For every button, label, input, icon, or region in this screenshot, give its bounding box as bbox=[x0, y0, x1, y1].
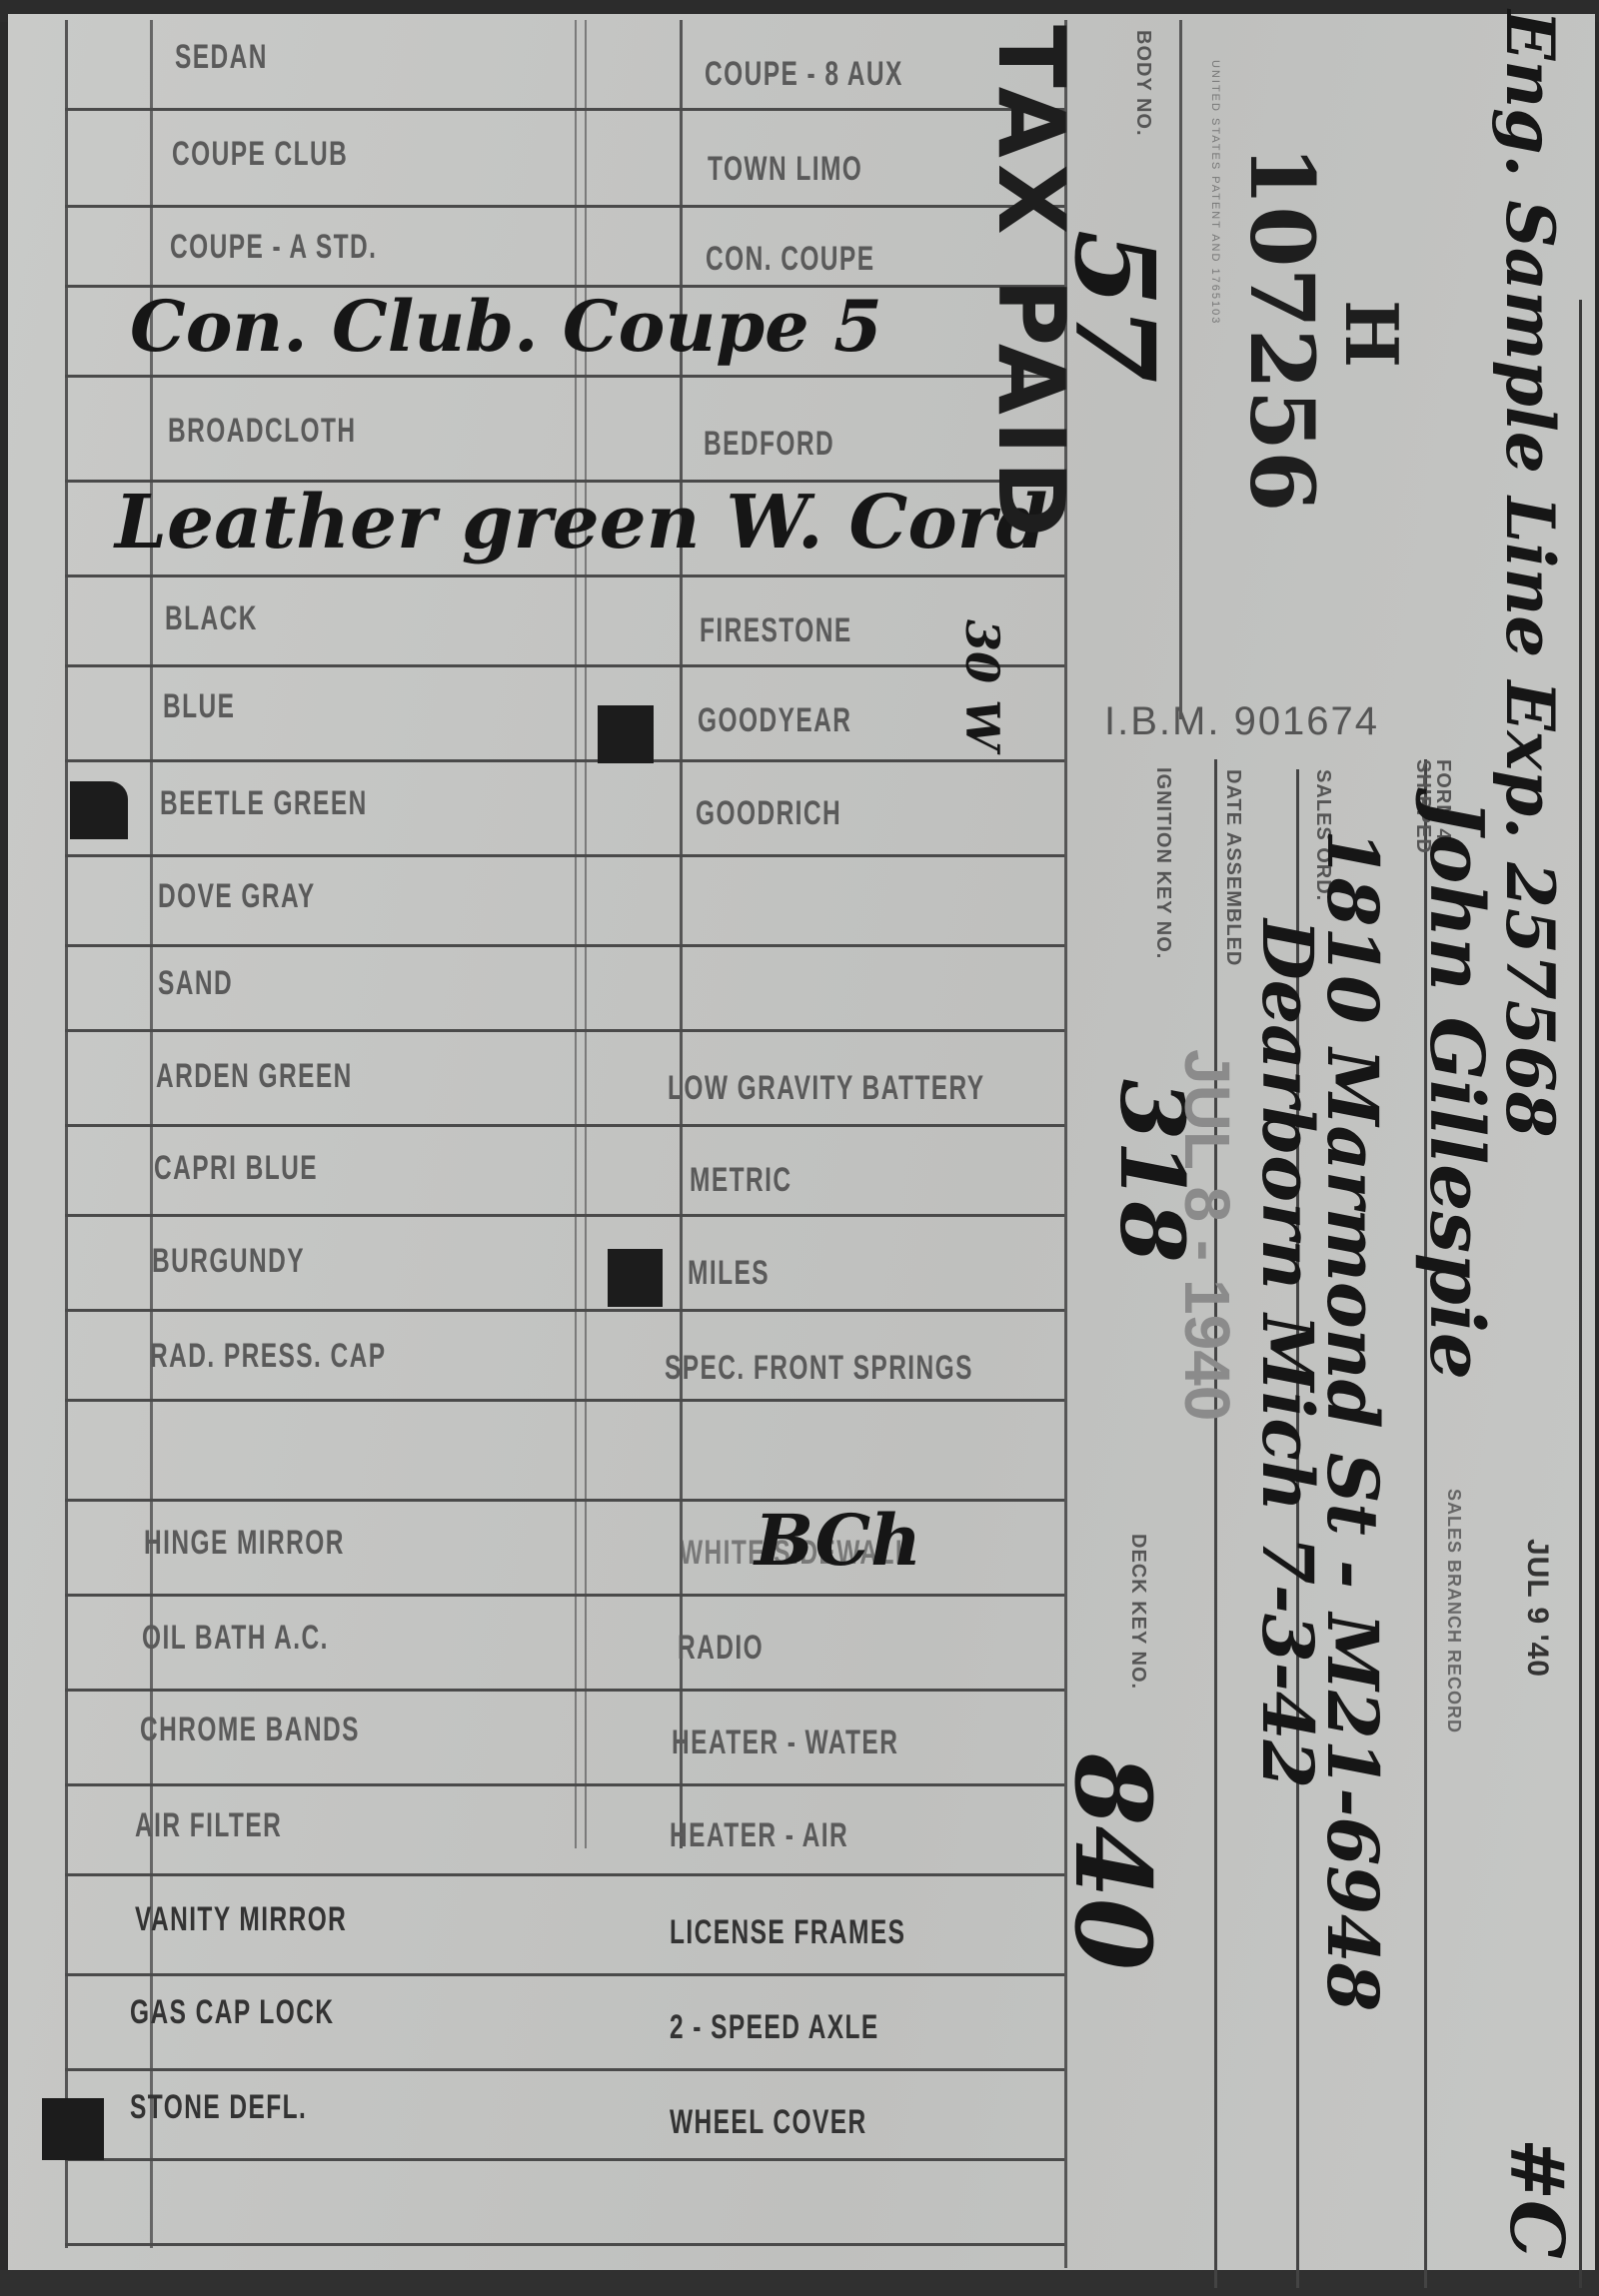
option-stone-defl: STONE DEFL. bbox=[130, 2088, 307, 2127]
option-arden-green: ARDEN GREEN bbox=[156, 1057, 353, 1096]
option-goodyear: GOODYEAR bbox=[698, 701, 851, 740]
patent-text: UNITED STATES PATENT AND 1765103 bbox=[1209, 60, 1221, 325]
option-heater-air: HEATER - AIR bbox=[670, 1816, 848, 1855]
option-chrome-bands: CHROME BANDS bbox=[140, 1711, 360, 1749]
option-gas-cap-lock: GAS CAP LOCK bbox=[130, 1993, 335, 2032]
serial-number: 107256 bbox=[1230, 145, 1334, 512]
option-spec-front-springs: SPEC. FRONT SPRINGS bbox=[665, 1349, 973, 1388]
option-2-speed-axle: 2 - SPEED AXLE bbox=[670, 2008, 879, 2047]
option-rad-press-cap: RAD. PRESS. CAP bbox=[150, 1337, 387, 1376]
row-line bbox=[65, 1029, 1064, 1032]
table-left-border bbox=[65, 20, 68, 2248]
date-assembled-value: JUL 8 - 1940 bbox=[1170, 1049, 1244, 1421]
option-vanity-mirror: VANITY MIRROR bbox=[135, 1900, 347, 1939]
key-column-divider bbox=[1214, 759, 1217, 2288]
option-wheel-cover: WHEEL COVER bbox=[670, 2103, 867, 2142]
check-mark-goodyear bbox=[598, 705, 654, 763]
shipped-date-stamp: JUL 9 '40 bbox=[1520, 1539, 1554, 1678]
row-line bbox=[65, 854, 1064, 857]
handwritten-body-style: Con. Club. Coupe 5 bbox=[130, 285, 882, 368]
ignition-key-label: IGNITION KEY NO. bbox=[1151, 767, 1174, 959]
white-sidewall-initials: BCh bbox=[755, 1499, 921, 1582]
option-oil-bath-ac: OIL BATH A.C. bbox=[142, 1619, 329, 1658]
row-line bbox=[65, 2158, 1064, 2161]
row-line bbox=[65, 375, 1064, 378]
option-radio: RADIO bbox=[678, 1629, 764, 1668]
option-beetle-green: BEETLE GREEN bbox=[160, 784, 368, 823]
option-goodrich: GOODRICH bbox=[696, 794, 841, 833]
option-coupe-8-aux: COUPE - 8 AUX bbox=[705, 55, 903, 94]
row-line bbox=[65, 1594, 1064, 1597]
option-capri-blue: CAPRI BLUE bbox=[154, 1149, 318, 1188]
row-line bbox=[65, 1783, 1064, 1786]
option-sedan: SEDAN bbox=[175, 38, 268, 77]
option-low-gravity-battery: LOW GRAVITY BATTERY bbox=[668, 1069, 984, 1108]
top-handwritten-note: Eng. Sample Line Exp. 257568 bbox=[1491, 10, 1569, 1138]
shipped-to-value: John Gillespie bbox=[1413, 799, 1499, 1380]
corner-mark: #C bbox=[1493, 2138, 1579, 2259]
row-line bbox=[65, 759, 1064, 762]
option-metric: METRIC bbox=[690, 1161, 792, 1200]
check-mark-stone-defl bbox=[42, 2098, 104, 2160]
check-mark-miles bbox=[608, 1249, 663, 1307]
row-line bbox=[65, 2243, 1064, 2246]
option-black: BLACK bbox=[165, 599, 258, 638]
option-coupe-club: COUPE CLUB bbox=[172, 135, 348, 174]
row-line bbox=[65, 1214, 1064, 1217]
date-assembled-label: DATE ASSEMBLED bbox=[1221, 769, 1244, 966]
row-line bbox=[65, 574, 1064, 577]
option-broadcloth: BROADCLOTH bbox=[168, 412, 356, 451]
row-line bbox=[65, 664, 1064, 667]
option-bedford: BEDFORD bbox=[704, 425, 834, 464]
row-line bbox=[65, 1689, 1064, 1692]
option-firestone: FIRESTONE bbox=[700, 611, 852, 650]
row-line bbox=[65, 2068, 1064, 2071]
option-burgundy: BURGUNDY bbox=[152, 1242, 305, 1281]
row-line bbox=[65, 205, 1064, 208]
deck-key-label: DECK KEY NO. bbox=[1126, 1534, 1149, 1690]
option-hinge-mirror: HINGE MIRROR bbox=[144, 1524, 345, 1563]
row-line bbox=[65, 1309, 1064, 1312]
deck-key-value: 840 bbox=[1051, 1753, 1174, 1970]
ibm-number: I.B.M. 901674 bbox=[1104, 699, 1379, 744]
option-license-frames: LICENSE FRAMES bbox=[670, 1913, 905, 1952]
row-line bbox=[65, 108, 1064, 111]
row-line bbox=[65, 1399, 1064, 1402]
option-heater-water: HEATER - WATER bbox=[672, 1723, 898, 1762]
option-air-filter: AIR FILTER bbox=[135, 1806, 282, 1845]
row-line bbox=[65, 944, 1064, 947]
option-coupe-a-std: COUPE - A STD. bbox=[170, 228, 377, 267]
body-no-label: BODY NO. bbox=[1131, 30, 1154, 137]
card-right-edge bbox=[1579, 300, 1582, 2288]
check-mark-beetle-green bbox=[70, 781, 128, 839]
dearborn-address-line: Dearborn Mich 7-3-42 bbox=[1246, 919, 1329, 1788]
row-line bbox=[65, 1973, 1064, 1976]
body-no-divider bbox=[1179, 20, 1182, 719]
row-line bbox=[65, 1124, 1064, 1127]
row-line bbox=[65, 1873, 1064, 1876]
option-sand: SAND bbox=[158, 964, 233, 1003]
photo-bottom-edge bbox=[0, 2270, 1599, 2296]
handwritten-upholstery: Leather green W. Cord bbox=[115, 480, 1047, 566]
option-blue: BLUE bbox=[163, 687, 235, 726]
option-town-limo: TOWN LIMO bbox=[708, 150, 862, 189]
body-no-value: 57 bbox=[1050, 230, 1179, 383]
option-con-coupe: CON. COUPE bbox=[706, 240, 874, 279]
serial-prefix: H bbox=[1329, 300, 1414, 368]
tire-size-note: 30 W bbox=[955, 619, 1009, 751]
option-miles: MILES bbox=[688, 1254, 770, 1293]
sales-branch-record-label: SALES BRANCH RECORD bbox=[1443, 1489, 1464, 1733]
option-dove-gray: DOVE GRAY bbox=[158, 877, 316, 916]
